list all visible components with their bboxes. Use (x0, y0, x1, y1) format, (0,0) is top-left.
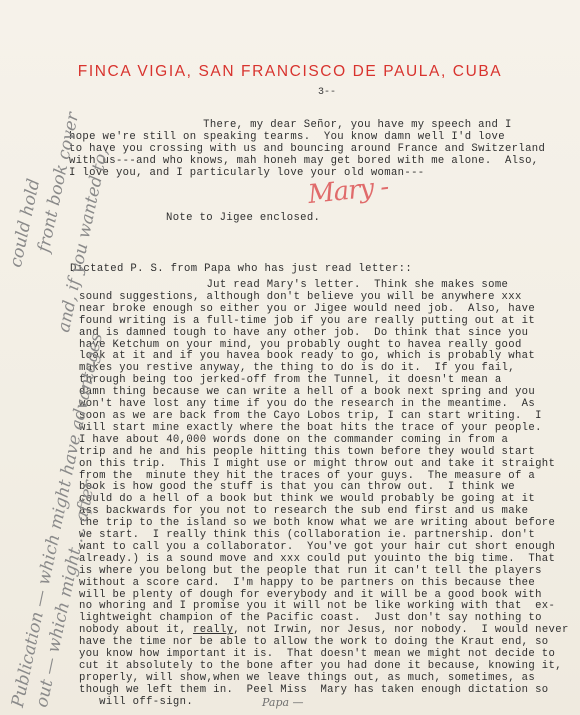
typed-line: will start mine exactly where the boat h… (79, 422, 542, 434)
typed-line: we start. I really think this (collabora… (79, 529, 535, 541)
typed-line: won't have lost any time if you do the r… (79, 398, 535, 410)
typed-line: with us---and who knows, mah honeh may g… (69, 155, 539, 167)
typed-line: will off-sign. (79, 696, 193, 708)
note-line: Note to Jigee enclosed. (166, 213, 320, 225)
typed-line: will be plenty of dough for everybody an… (79, 589, 542, 601)
typed-line: found writing is a full-time job if you … (79, 315, 535, 327)
signature-papa: Papa — (262, 696, 304, 709)
typed-line: near broke enough so either you or Jigee… (79, 303, 535, 315)
typed-line: look at it and if you havea book ready t… (79, 350, 535, 362)
typed-line: ass backwards for you not to research th… (79, 505, 528, 517)
typed-line: no whoring and I promise you it will not… (79, 600, 555, 612)
typed-line: from the minute they hit the traces of y… (79, 470, 535, 482)
dictated-heading: Dictated P. S. from Papa who has just re… (70, 264, 412, 276)
typed-line: the trip to the island so we both know w… (79, 517, 555, 529)
mary-paragraph: There, my dear Señor, you have my speech… (69, 120, 545, 180)
typed-line: hope we're still on speaking tearms. You… (69, 131, 505, 143)
typed-line: and is damned tough to have any other jo… (79, 327, 528, 339)
typed-line: on this trip. This I might use or might … (79, 458, 555, 470)
papa-paragraph: Jut read Mary's letter. Think she makes … (79, 280, 569, 709)
typed-line: properly, will show,when we leave things… (79, 672, 535, 684)
typed-line: though we left them in. Peel Miss Mary h… (79, 684, 549, 696)
typed-line: want to call you a collaborator. You've … (79, 541, 555, 553)
typed-line: I have about 40,000 words done on the co… (79, 434, 508, 446)
typed-line: is where you belong but the people that … (79, 565, 542, 577)
typed-line: , not Irwin, nor Jesus, nor nobody. I wo… (233, 624, 568, 636)
letter-page: FINCA VIGIA, SAN FRANCISCO DE PAULA, CUB… (0, 0, 580, 715)
typed-line: already.) is a sound move and xxx could … (79, 553, 555, 565)
underlined-emphasis: really (193, 624, 233, 636)
typed-line: Jut read Mary's letter. Think she makes … (79, 279, 508, 291)
typed-line: to have you crossing with us and bouncin… (69, 143, 545, 155)
typed-line: cut it absolutely to the bone after you … (79, 660, 562, 672)
typed-line: nobody about it, (79, 624, 193, 636)
letterhead: FINCA VIGIA, SAN FRANCISCO DE PAULA, CUB… (0, 63, 580, 81)
typed-line: could do a hell of a book but think we w… (79, 493, 535, 505)
typed-line: have Ketchum on your mind, you probably … (79, 339, 522, 351)
typed-line: damn thing because we can write a hell o… (79, 386, 535, 398)
typed-line: makes you restive anyway, the thing to d… (79, 362, 515, 374)
typed-line: There, my dear Señor, you have my speech… (69, 119, 512, 131)
typed-line: lightweight champion of the Pacific coas… (79, 612, 542, 624)
typed-line: through being too jerked-off from the Tu… (79, 374, 502, 386)
typed-line: have the time nor be able to allow the w… (79, 636, 549, 648)
page-number: 3-- (318, 87, 336, 98)
typed-line: trip and he and his people hitting this … (79, 446, 535, 458)
typed-line: soon as we are back from the Cayo Lobos … (79, 410, 542, 422)
typed-line: you know how important it is. That doesn… (79, 648, 555, 660)
typed-line: without a score card. I'm happy to be pa… (79, 577, 535, 589)
typed-line: book is how good the stuff is that you c… (79, 481, 515, 493)
typed-line: sound suggestions, although don't believ… (79, 291, 522, 303)
